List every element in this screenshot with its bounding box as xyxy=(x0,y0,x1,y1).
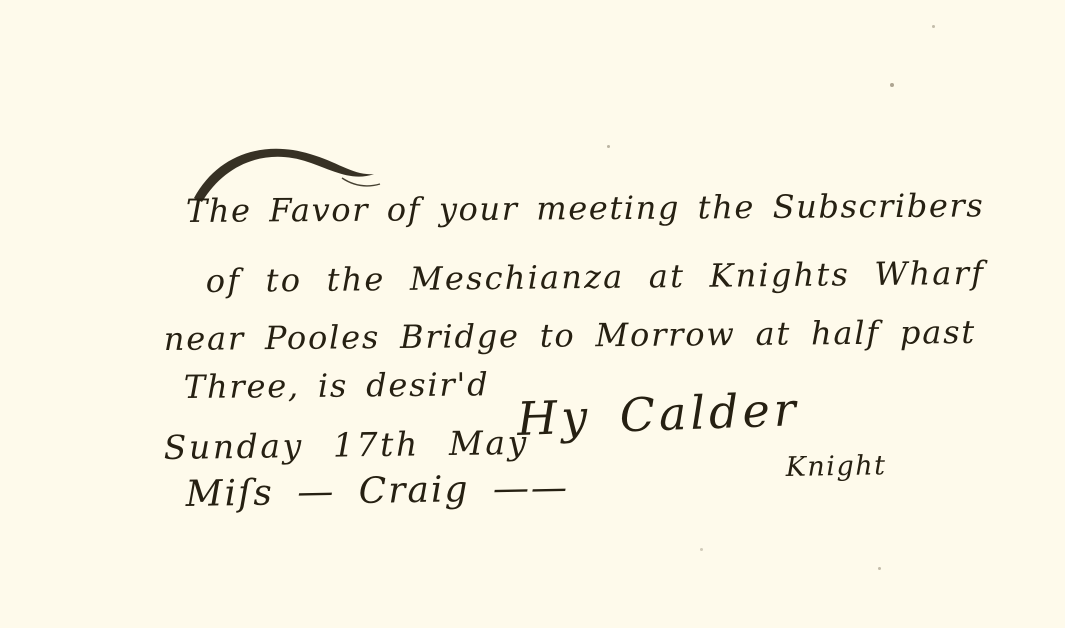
handwriting-line-three: Three, is desir'd xyxy=(184,365,490,406)
ink-speck xyxy=(890,83,894,87)
handwriting-line-favor: The Favor of your meeting the Subscriber… xyxy=(186,186,985,230)
ink-speck xyxy=(878,567,881,570)
handwriting-line-meschianza: of to the Meschianza at Knights Wharf xyxy=(206,254,986,300)
ink-speck xyxy=(607,145,610,148)
handwriting-line-bridge: near Pooles Bridge to Morrow at half pas… xyxy=(164,313,977,358)
signature-title: Knight xyxy=(785,450,886,483)
signature: Hy Calder xyxy=(516,382,800,446)
addressee-line: Miſs — Craig —— xyxy=(185,467,569,515)
ink-speck xyxy=(700,548,703,551)
handwriting-line-date: Sunday 17th May xyxy=(163,423,529,467)
ink-speck xyxy=(932,25,935,28)
manuscript-page: The Favor of your meeting the Subscriber… xyxy=(0,0,1065,628)
